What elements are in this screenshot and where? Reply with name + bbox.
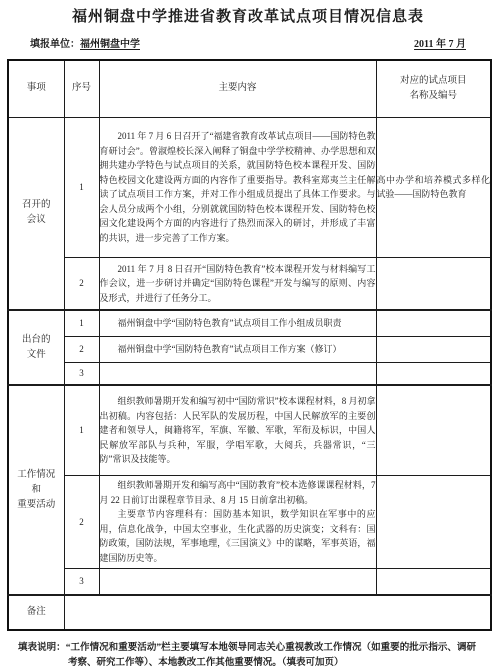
row-number: 1 [64, 385, 99, 475]
section-label-activities: 工作情况 和 重要活动 [8, 385, 64, 595]
section-label-documents: 出台的 文件 [8, 310, 64, 385]
header-content: 主要内容 [99, 60, 376, 117]
row-project [376, 475, 491, 568]
row-project [376, 310, 491, 336]
table-row: 3 [8, 362, 491, 385]
table-row: 召开的 会议 1 2011 年 7 月 6 日召开了“福建省教育改革试点项目——… [8, 117, 491, 257]
row-project [376, 257, 491, 310]
table-row: 3 [8, 568, 491, 595]
row-project [376, 568, 491, 595]
row-content [99, 568, 376, 595]
row-number: 2 [64, 336, 99, 362]
table-row: 工作情况 和 重要活动 1 组织教师暑期开发和编写初中“国防常识”校本课程材料，… [8, 385, 491, 475]
row-content: 组织教师暑期开发和编写高中“国防教育”校本选修课课程材料，7 月 22 日前订出… [99, 475, 376, 568]
row-project [376, 385, 491, 475]
header-item: 事项 [8, 60, 64, 117]
row-content: 2011 年 7 月 8 日召开“国防特色教育”校本课程开发与材料编写工作会议，… [99, 257, 376, 310]
reporting-unit-label: 填报单位： [30, 39, 80, 50]
row-content: 组织教师暑期开发和编写初中“国防常识”校本课程材料，8 月初拿出初稿。内容包括：… [99, 385, 376, 475]
header-no: 序号 [64, 60, 99, 117]
row-number: 2 [64, 257, 99, 310]
row-project [376, 362, 491, 385]
row-content [99, 362, 376, 385]
reporting-unit: 填报单位：福州铜盘中学 [30, 38, 140, 52]
table-row: 2 福州铜盘中学“国防特色教育”试点项目工作方案（修订） [8, 336, 491, 362]
row-number: 1 [64, 117, 99, 257]
document-page: 福州铜盘中学推进省教育改革试点项目情况信息表 填报单位：福州铜盘中学 2011 … [0, 0, 496, 672]
form-instructions-label: 填表说明： [18, 643, 66, 653]
section-label-meetings: 召开的 会议 [8, 117, 64, 310]
row-number: 3 [64, 568, 99, 595]
table-header-row: 事项 序号 主要内容 对应的试点项目 名称及编号 [8, 60, 491, 117]
remark-label: 备注 [8, 595, 64, 630]
info-table: 事项 序号 主要内容 对应的试点项目 名称及编号 召开的 会议 1 2011 年… [7, 59, 492, 631]
page-title: 福州铜盘中学推进省教育改革试点项目情况信息表 [0, 0, 496, 27]
header-project: 对应的试点项目 名称及编号 [376, 60, 491, 117]
form-instructions: 填表说明：“工作情况和重要活动”栏主要填写本地领导同志关心重视教改工作情况（如重… [0, 641, 496, 671]
row-content: 福州铜盘中学“国防特色教育”试点项目工作方案（修订） [99, 336, 376, 362]
row-number: 3 [64, 362, 99, 385]
meta-row: 填报单位：福州铜盘中学 2011 年 7 月 [0, 38, 496, 52]
row-project [376, 336, 491, 362]
report-date: 2011 年 7 月 [410, 38, 470, 52]
form-instructions-text: “工作情况和重要活动”栏主要填写本地领导同志关心重视教改工作情况（如重要的批示指… [66, 643, 476, 668]
row-number: 2 [64, 475, 99, 568]
row-project: 高中办学和培养模式多样化试验——国防特色教育 [376, 117, 491, 257]
row-content: 福州铜盘中学“国防特色教育”试点项目工作小组成员职责 [99, 310, 376, 336]
remark-row: 备注 [8, 595, 491, 630]
table-row: 2 组织教师暑期开发和编写高中“国防教育”校本选修课课程材料，7 月 22 日前… [8, 475, 491, 568]
remark-value [64, 595, 491, 630]
reporting-unit-value: 福州铜盘中学 [80, 39, 140, 50]
table-row: 2 2011 年 7 月 8 日召开“国防特色教育”校本课程开发与材料编写工作会… [8, 257, 491, 310]
row-content: 2011 年 7 月 6 日召开了“福建省教育改革试点项目——国防特色教育研讨会… [99, 117, 376, 257]
row-number: 1 [64, 310, 99, 336]
table-row: 出台的 文件 1 福州铜盘中学“国防特色教育”试点项目工作小组成员职责 [8, 310, 491, 336]
